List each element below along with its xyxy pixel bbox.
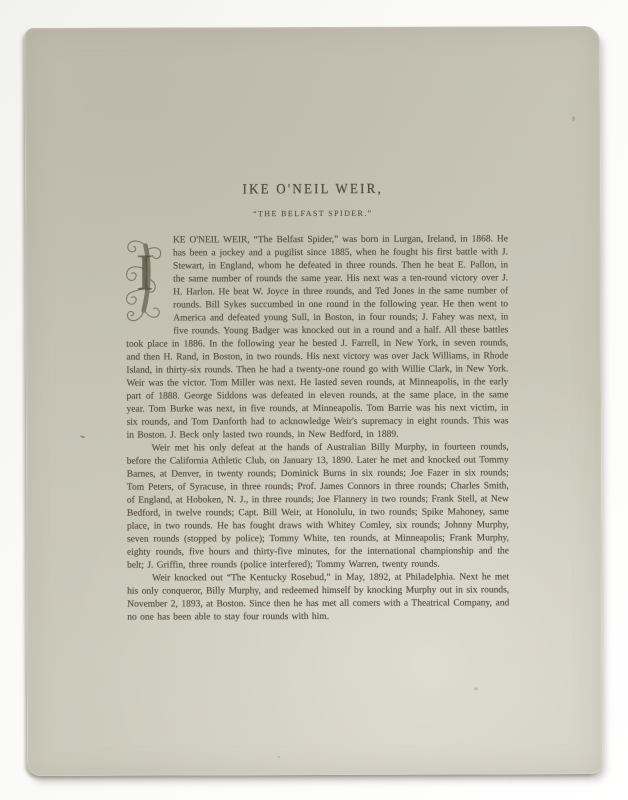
- drop-cap-ornament-icon: I: [122, 236, 167, 327]
- paragraph-text: Weir knocked out “The Kentucky Rosebud,”…: [127, 572, 509, 622]
- page-subtitle: “THE BELFAST SPIDER.”: [25, 208, 600, 219]
- paper-page: IKE O'NEIL WEIR, “THE BELFAST SPIDER.”: [25, 26, 603, 776]
- photo-backdrop: IKE O'NEIL WEIR, “THE BELFAST SPIDER.”: [0, 0, 628, 800]
- paper-speck: [277, 756, 280, 758]
- page-title: IKE O'NEIL WEIR,: [25, 19, 601, 198]
- paragraph-text: Weir met his only defeat at the hands of…: [127, 442, 509, 570]
- paragraph: Weir met his only defeat at the hands of…: [127, 441, 509, 572]
- paragraph: I KE O'NEIL WEIR, “The Belfast Spider,” …: [126, 233, 509, 442]
- paper-speck: [80, 435, 85, 438]
- body-text: I KE O'NEIL WEIR, “The Belfast Spider,” …: [126, 233, 509, 624]
- paragraph-text: KE O'NEIL WEIR, “The Belfast Spider,” wa…: [126, 234, 508, 440]
- drop-cap-letter: I: [136, 248, 154, 300]
- paragraph: Weir knocked out “The Kentucky Rosebud,”…: [127, 571, 509, 624]
- paper-speck: [474, 687, 478, 690]
